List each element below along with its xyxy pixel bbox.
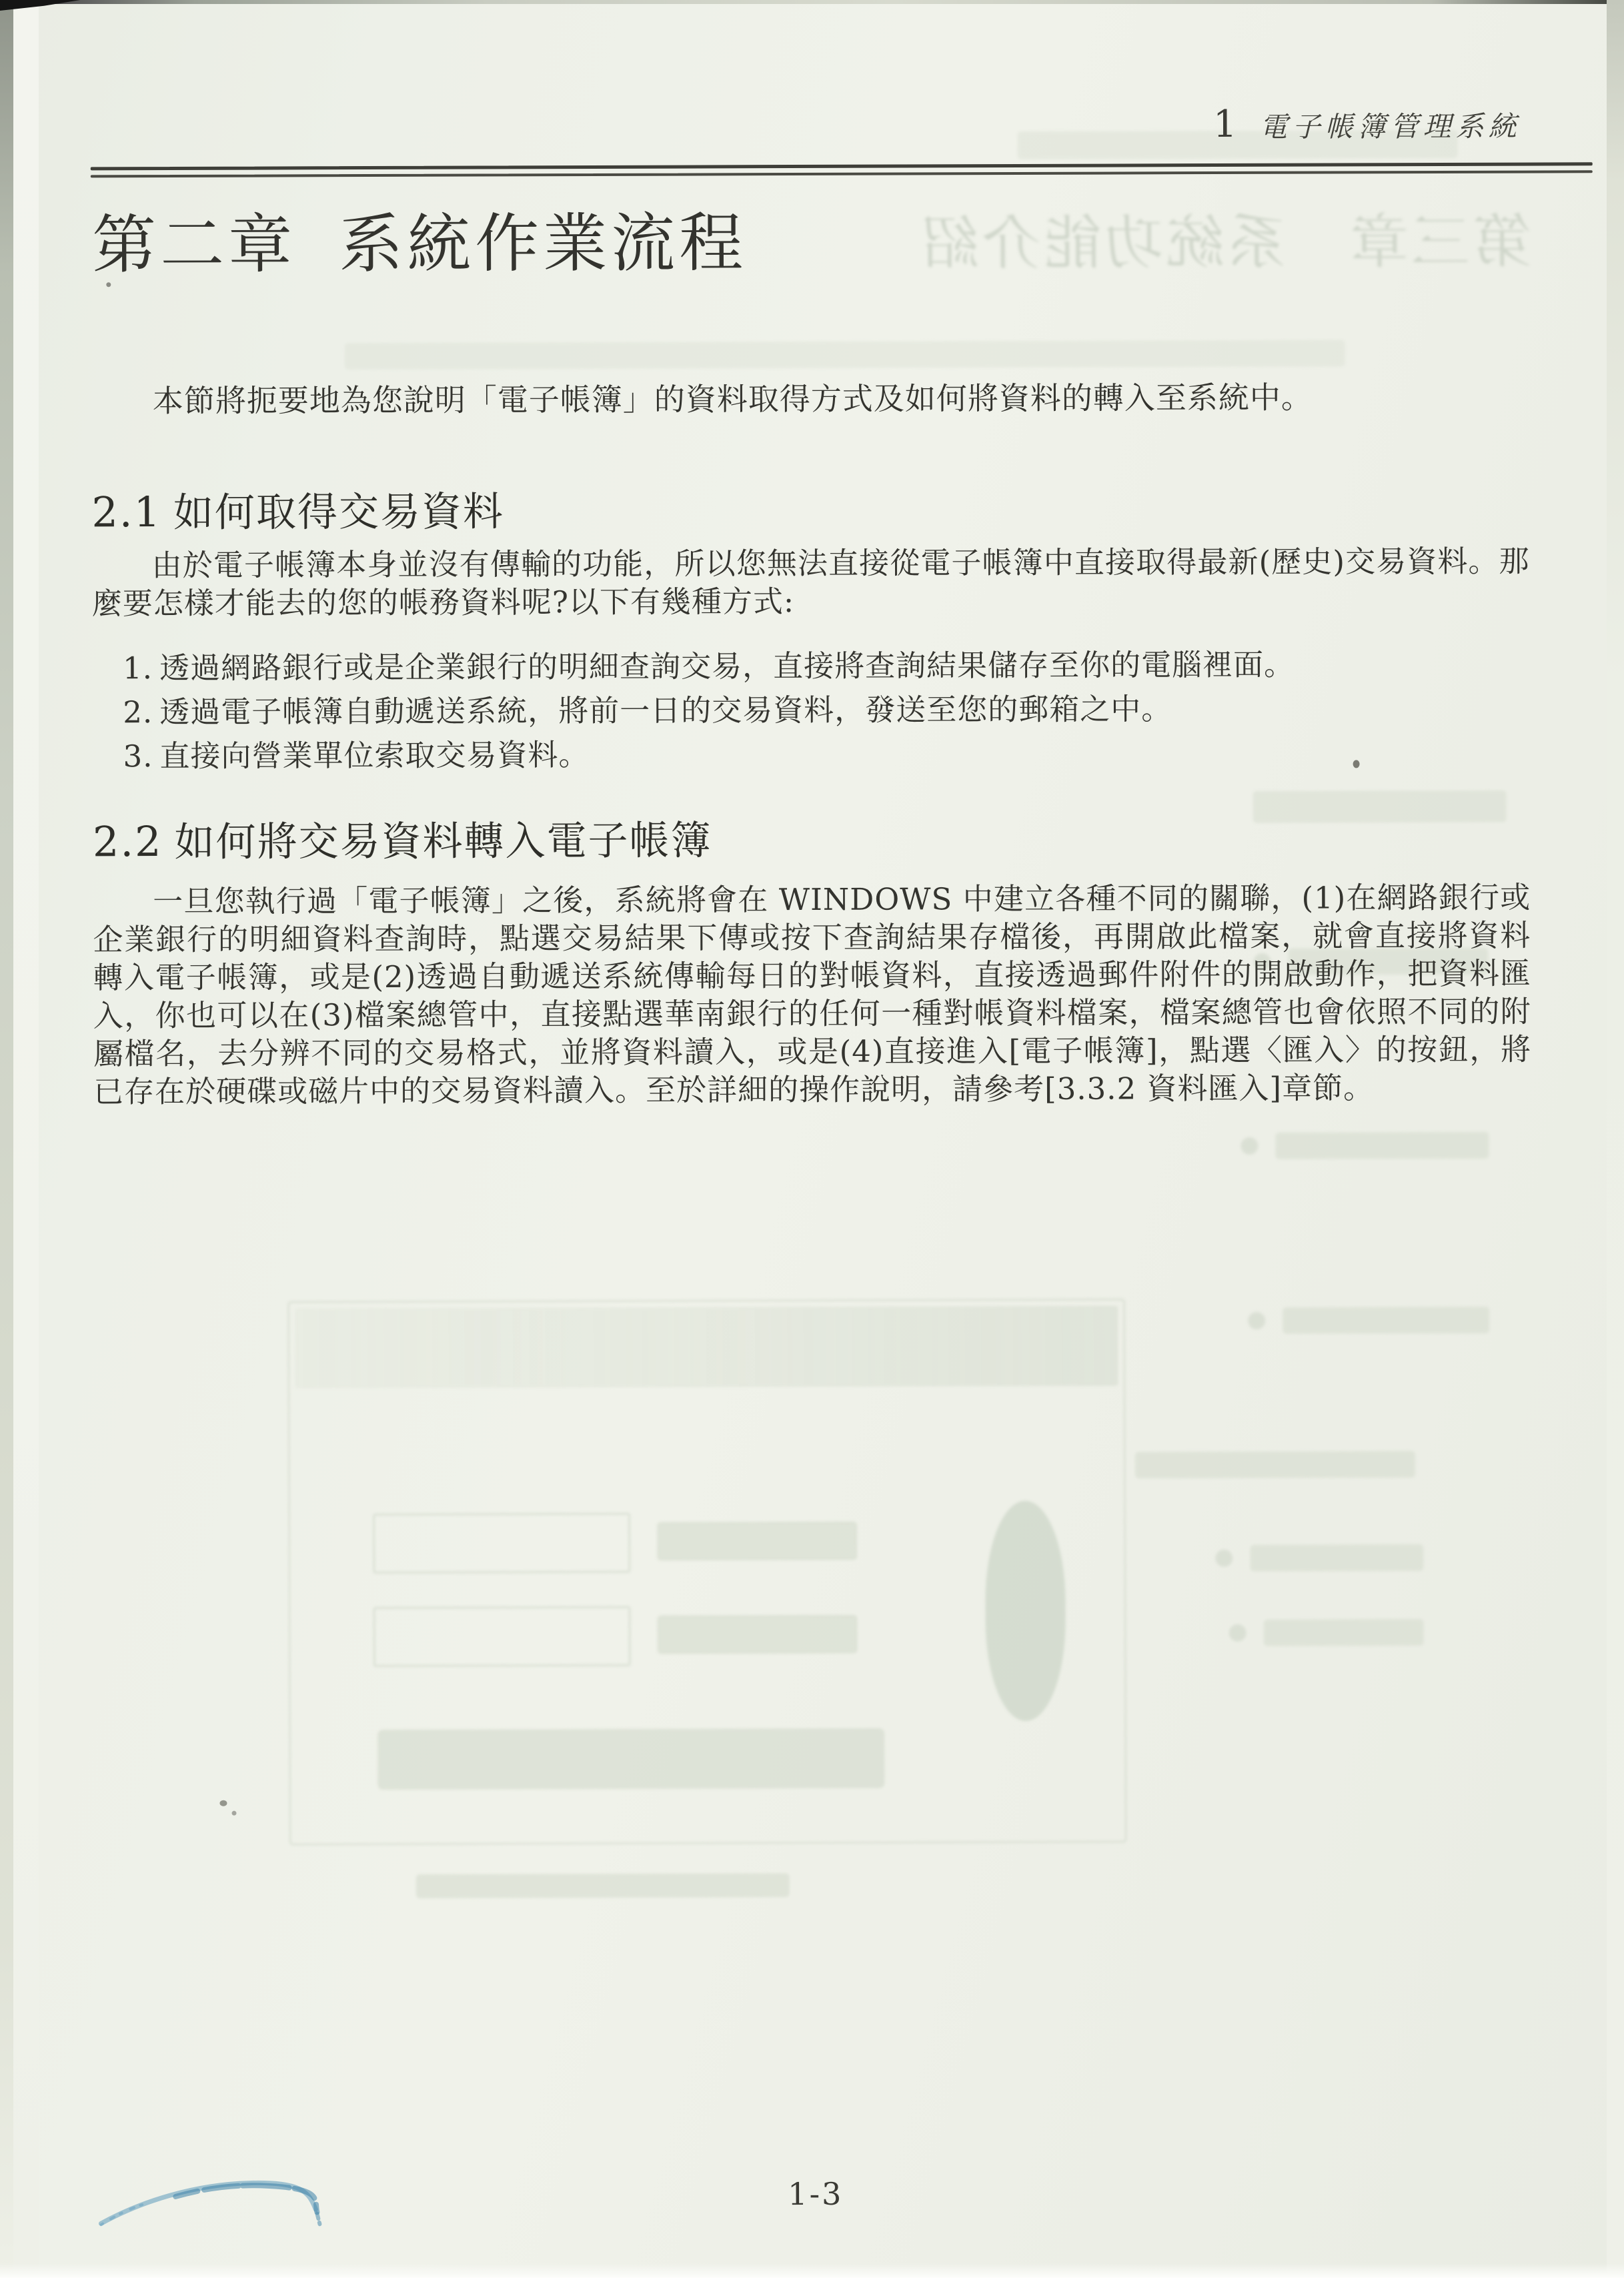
list-item: 3.直接向營業單位索取交易資料。 (123, 730, 1530, 779)
bleedthrough-bullet-item (1135, 1451, 1415, 1478)
intro-paragraph: 本節將扼要地為您說明「電子帳簿」的資料取得方式及如何將資料的轉入至系統中。 (91, 377, 1529, 422)
running-header-page-indicator: 1 (1213, 103, 1237, 146)
list-item-number: 1. (123, 650, 153, 686)
section-2-1-number: 2.1 (91, 488, 161, 536)
list-item-text: 透過網路銀行或是企業銀行的明細查詢交易，直接將查詢結果儲存至你的電腦裡面。 (159, 647, 1295, 686)
chapter-name: 系統作業流程 (339, 205, 747, 281)
bleedthrough-caption (416, 1873, 790, 1898)
paper-speck (106, 282, 111, 287)
bleedthrough-bullet-item (1241, 1132, 1489, 1159)
list-item-text: 直接向營業單位索取交易資料。 (159, 737, 589, 774)
bleedthrough-bullet-item (1229, 1619, 1424, 1646)
list-item-text: 透過電子帳簿自動遞送系統，將前一日的交易資料，發送至您的郵箱之中。 (159, 691, 1172, 730)
bleedthrough-chapter-title: 第三章 系統功能介紹 (791, 195, 1531, 281)
section-2-1-title: 如何取得交易資料 (173, 488, 504, 536)
blue-pen-mark (82, 2168, 362, 2249)
bleedthrough-line (345, 340, 1345, 370)
bleedthrough-line (1253, 790, 1507, 823)
bleedthrough-login-dialog (287, 1298, 1127, 1845)
bleedthrough-bullet-item (1215, 1544, 1423, 1572)
header-double-rule (91, 162, 1593, 177)
section-2-2-body: 一旦您執行過「電子帳簿」之後，系統將會在 WINDOWS 中建立各種不同的關聯，… (93, 879, 1531, 1111)
list-item-number: 3. (123, 738, 153, 774)
section-2-2-number: 2.2 (93, 817, 163, 866)
list-item: 2.透過電子帳簿自動遞送系統，將前一日的交易資料，發送至您的郵箱之中。 (123, 686, 1530, 735)
list-item-number: 2. (123, 694, 153, 730)
section-2-1-heading: 2.1如何取得交易資料 (91, 480, 504, 538)
page-content: 第三章 系統功能介紹 (0, 0, 1624, 2278)
paper-speck (231, 1811, 236, 1816)
paper-speck (219, 1800, 227, 1806)
bleedthrough-bullet-item (1248, 1307, 1489, 1334)
section-2-2-title: 如何將交易資料轉入電子帳簿 (174, 817, 712, 866)
section-2-1-body: 由於電子帳簿本身並沒有傳輸的功能，所以您無法直接從電子帳簿中直接取得最新(歷史)… (92, 542, 1530, 623)
section-2-2-heading: 2.2如何將交易資料轉入電子帳簿 (93, 808, 712, 868)
chapter-number: 第二章 (92, 207, 296, 282)
scanned-page: 第三章 系統功能介紹 (0, 0, 1624, 2278)
chapter-title: 第二章系統作業流程 (92, 192, 747, 286)
running-header: 1 電子帳簿管理系統 (1213, 102, 1521, 146)
paper-speck (1353, 760, 1360, 768)
list-item: 1.透過網路銀行或是企業銀行的明細查詢交易，直接將查詢結果儲存至你的電腦裡面。 (123, 642, 1530, 691)
running-header-book-title: 電子帳簿管理系統 (1259, 105, 1521, 145)
section-2-1-list: 1.透過網路銀行或是企業銀行的明細查詢交易，直接將查詢結果儲存至你的電腦裡面。 … (123, 642, 1531, 779)
